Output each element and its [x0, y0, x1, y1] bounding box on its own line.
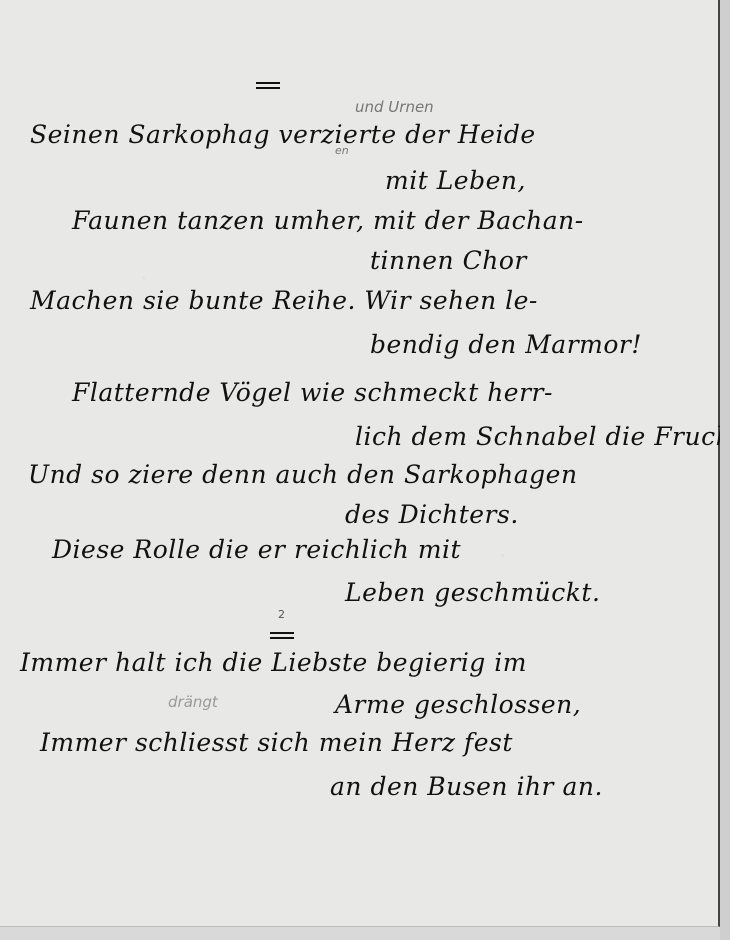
verse-line: bendig den Marmor! [370, 330, 642, 359]
verse-line: Arme geschlossen, [335, 690, 581, 719]
manuscript-page: und Urnen Seinen Sarkophag verzierte der… [0, 0, 720, 927]
verse-line: Leben geschmückt. [345, 578, 600, 607]
verse-line: lich dem Schnabel die Frucht, [355, 422, 730, 451]
poem-number: 2 [278, 608, 285, 621]
insertion-note: drängt [168, 693, 218, 711]
verse-line: Flatternde Vögel wie schmeckt herr- [72, 378, 553, 407]
section-divider-1 [256, 82, 280, 89]
verse-line: mit Leben, [385, 166, 526, 195]
verse-line: Immer schliesst sich mein Herz fest [40, 728, 513, 757]
insertion-inline-note: en [335, 144, 349, 157]
verse-line: Seinen Sarkophag verzierte der Heide [30, 120, 536, 149]
scan-edge [720, 0, 730, 940]
verse-line: Immer halt ich die Liebste begierig im [20, 648, 527, 677]
verse-line: des Dichters. [345, 500, 519, 529]
verse-line: an den Busen ihr an. [330, 772, 603, 801]
insertion-note: und Urnen [355, 98, 434, 116]
section-divider-2 [270, 632, 294, 639]
verse-line: tinnen Chor [370, 246, 527, 275]
verse-line: Machen sie bunte Reihe. Wir sehen le- [30, 286, 538, 315]
verse-line: Diese Rolle die er reichlich mit [52, 535, 461, 564]
verse-line: Und so ziere denn auch den Sarkophagen [28, 460, 578, 489]
verse-line: Faunen tanzen umher, mit der Bachan- [72, 206, 584, 235]
